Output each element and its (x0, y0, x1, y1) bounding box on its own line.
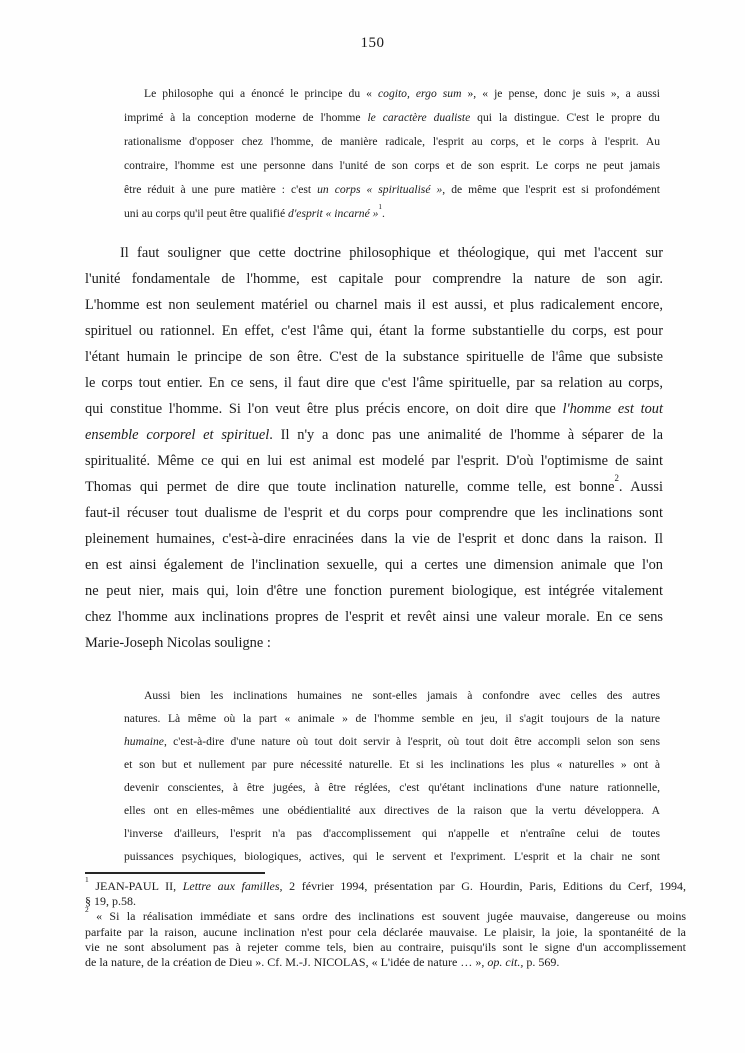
text-line: l'étant humain le principe de son être. … (85, 344, 663, 370)
text-line: spirituel ou rationnel. En effet, c'est … (85, 318, 663, 344)
text-line: Thomas qui permet de dire que toute incl… (85, 474, 663, 500)
text-line: chez l'homme aux inclinations propres de… (85, 604, 663, 630)
text-line: L'homme est non seulement matériel ou ch… (85, 292, 663, 318)
text-line: elles ont en elles-mêmes une obédiential… (124, 799, 660, 822)
text-line: le corps tout entier. En ce sens, il fau… (85, 370, 663, 396)
text-line: humaine, c'est-à-dire d'une nature où to… (124, 730, 660, 753)
footnotes-area: 1 JEAN-PAUL II, Lettre aux familles, 2 f… (85, 879, 686, 970)
body-paragraph: Il faut souligner que cette doctrine phi… (85, 240, 663, 656)
document-page: 150 Le philosophe qui a énoncé le princi… (0, 0, 745, 1053)
block-quote-nicolas: Aussi bien les inclinations humaines ne … (124, 684, 660, 868)
text-line: Il faut souligner que cette doctrine phi… (85, 240, 663, 266)
footnote-2: 2 « Si la réalisation immédiate et sans … (85, 909, 686, 970)
text-line: ne peut nier, mais qui, loin d'être une … (85, 578, 663, 604)
text-line: 1 JEAN-PAUL II, Lettre aux familles, 2 f… (85, 879, 686, 894)
text-line: pleinement humaines, c'est-à-dire enraci… (85, 526, 663, 552)
text-line: uni au corps qu'il peut être qualifié d'… (124, 202, 660, 226)
text-line: Aussi bien les inclinations humaines ne … (124, 684, 660, 707)
page-number: 150 (0, 0, 745, 53)
text-line: rationalisme d'opposer chez l'homme, de … (124, 130, 660, 154)
text-line: contraire, l'homme est une personne dans… (124, 154, 660, 178)
text-line: en est ainsi également de l'inclination … (85, 552, 663, 578)
text-line: l'unité fondamentale de l'homme, est cap… (85, 266, 663, 292)
block-quote-dualisme: Le philosophe qui a énoncé le principe d… (124, 82, 660, 226)
text-line: imprimé à la conception moderne de l'hom… (124, 106, 660, 130)
text-line: parfaite par la raison, aucune inclinati… (85, 925, 686, 940)
footnote-1: 1 JEAN-PAUL II, Lettre aux familles, 2 f… (85, 879, 686, 909)
text-line: 2 « Si la réalisation immédiate et sans … (85, 909, 686, 924)
text-line: vie ne sont absolument pas à rejeter com… (85, 940, 686, 955)
text-line: natures. Là même où la part « animale » … (124, 707, 660, 730)
text-line: être réduit à une pure matière : c'est u… (124, 178, 660, 202)
footnote-separator-rule (85, 872, 265, 874)
text-line: puissances psychiques, biologiques, acti… (124, 845, 660, 868)
text-line: l'inverse d'ailleurs, l'esprit n'a pas d… (124, 822, 660, 845)
text-line: § 19, p.58. (85, 894, 686, 909)
text-line: qui constitue l'homme. Si l'on veut être… (85, 396, 663, 422)
text-line: et son but et nullement par pure nécessi… (124, 753, 660, 776)
text-line: Le philosophe qui a énoncé le principe d… (124, 82, 660, 106)
text-line: devenir conscientes, à être jugées, à êt… (124, 776, 660, 799)
text-line: ensemble corporel et spirituel. Il n'y a… (85, 422, 663, 448)
text-line: spiritualité. Même ce qui en lui est ani… (85, 448, 663, 474)
text-line: Marie-Joseph Nicolas souligne : (85, 630, 663, 656)
text-line: de la nature, de la création de Dieu ». … (85, 955, 686, 970)
text-line: faut-il récuser tout dualisme de l'espri… (85, 500, 663, 526)
